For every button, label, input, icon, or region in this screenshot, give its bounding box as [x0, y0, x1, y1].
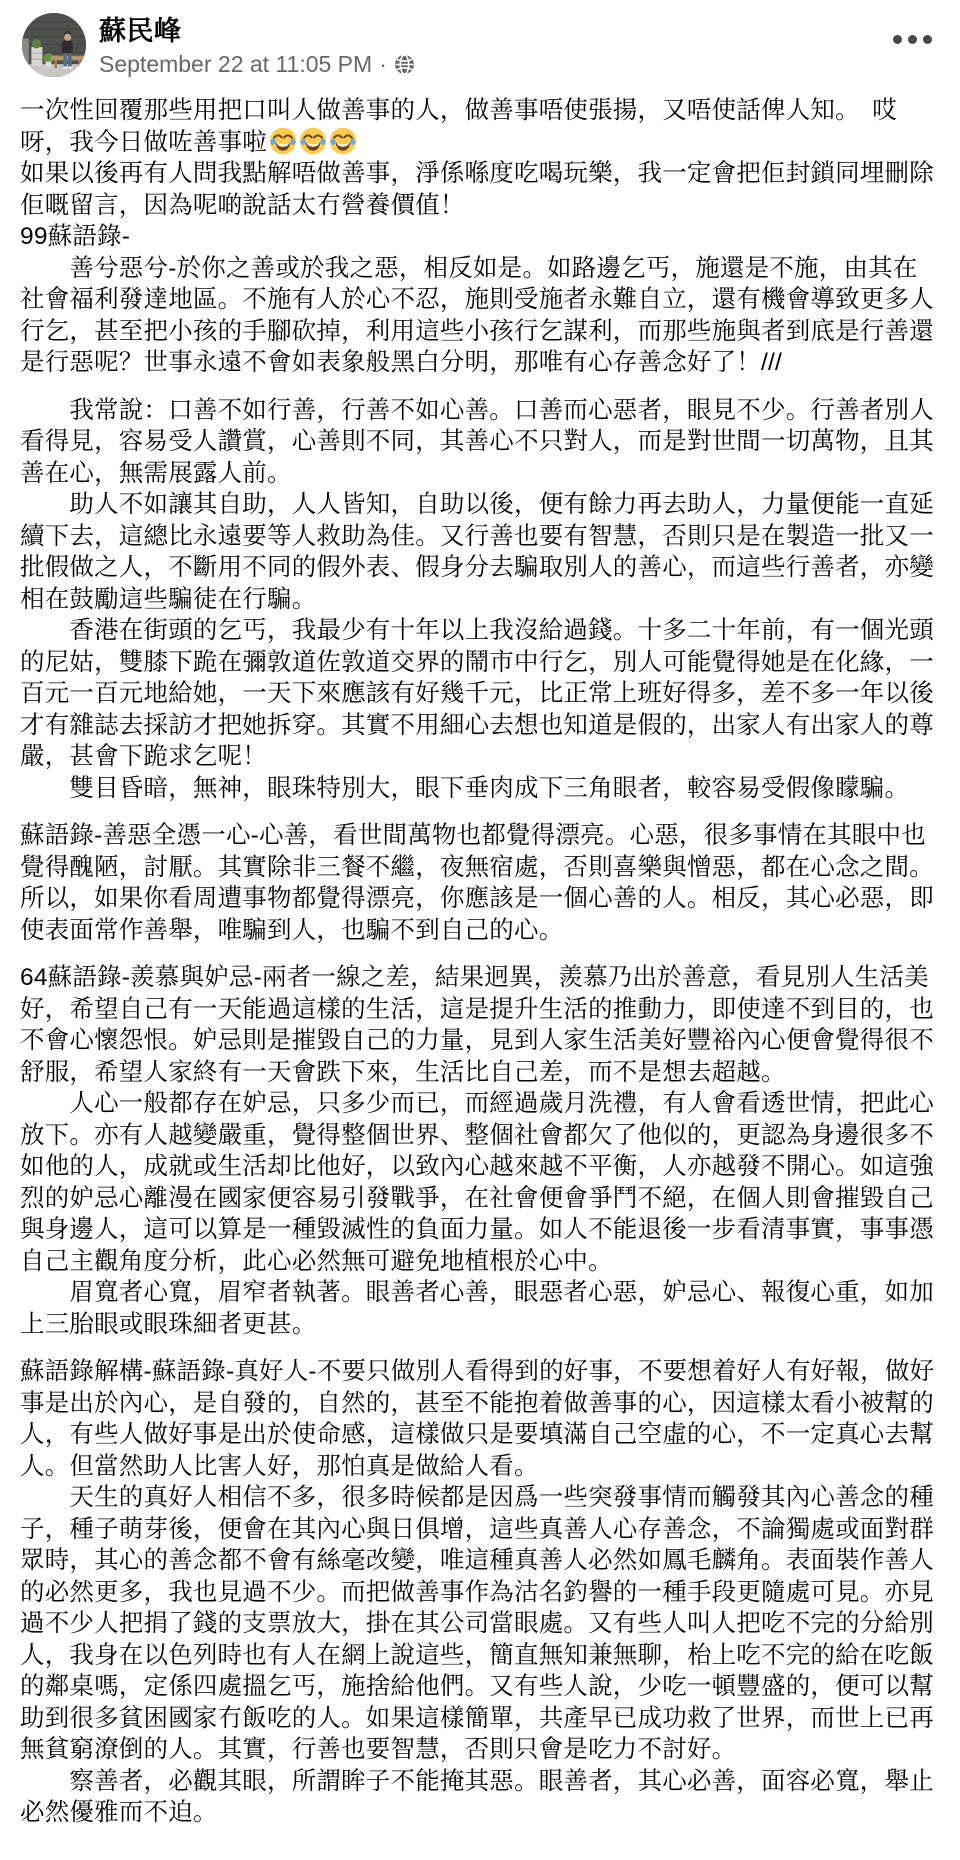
post-meta: September 22 at 11:05 PM ·	[99, 49, 415, 79]
post-timestamp[interactable]: September 22 at 11:05 PM	[99, 49, 372, 79]
post-paragraph: 香港在街頭的乞丐，我最少有十年以上我沒給過錢。十多二十年前，有一個光頭的尼姑，雙…	[20, 615, 938, 773]
post-menu-button[interactable]	[889, 31, 936, 48]
post-header: 蘇民峰 September 22 at 11:05 PM ·	[0, 0, 960, 85]
author-name[interactable]: 蘇民峰	[99, 14, 415, 49]
post-paragraph: 天生的真好人相信不多，很多時候都是因爲一些突發事情而觸發其內心善念的種子，種子萌…	[20, 1482, 938, 1766]
ellipsis-icon	[893, 35, 932, 44]
post-body: 一次性回覆那些用把口叫人做善事的人，做善事唔使張揚，又唔使話俾人知。 哎呀，我今…	[0, 85, 960, 1829]
joy-emoji-icon	[269, 127, 297, 155]
post-paragraph: 察善者，必觀其眼，所謂眸子不能掩其惡。眼善者，其心必善，面容必寬，舉止必然優雅而…	[20, 1766, 938, 1829]
avatar[interactable]	[22, 13, 86, 77]
post-paragraph: 善兮惡兮-於你之善或於我之惡，相反如是。如路邊乞丐，施還是不施，由其在社會福利發…	[20, 253, 938, 379]
joy-emoji-icon	[329, 127, 357, 155]
post-paragraph: 蘇語錄-善惡全憑一心-心善，看世間萬物也都覺得漂亮。心惡，很多事情在其眼中也覺得…	[20, 820, 938, 946]
post-paragraph: 一次性回覆那些用把口叫人做善事的人，做善事唔使張揚，又唔使話俾人知。 哎呀，我今…	[20, 95, 938, 158]
post-paragraph: 助人不如讓其自助，人人皆知，自助以後，便有餘力再去助人，力量便能一直延續下去，這…	[20, 489, 938, 615]
post-paragraph: 雙目昏暗，無神，眼珠特別大，眼下垂肉成下三角眼者，較容易受假像矇騙。	[20, 773, 938, 805]
meta-separator: ·	[379, 49, 387, 79]
post-paragraph: 99蘇語錄-	[20, 221, 938, 253]
paragraph-text: 一次性回覆那些用把口叫人做善事的人，做善事唔使張揚，又唔使話俾人知。 哎呀，我今…	[20, 97, 897, 156]
post-paragraph: 64蘇語錄-羨慕與妒忌-兩者一線之差，結果迥異，羨慕乃出於善意，看見別人生活美好…	[20, 962, 938, 1088]
header-text: 蘇民峰 September 22 at 11:05 PM ·	[99, 13, 415, 79]
avatar-photo-icon	[22, 13, 86, 77]
post-paragraph: 我常說：口善不如行善，行善不如心善。口善而心惡者，眼見不少。行善者別人看得見，容…	[20, 395, 938, 490]
post-paragraph: 如果以後再有人問我點解唔做善事，淨係喺度吃喝玩樂，我一定會把佢封鎖同埋刪除佢嘅留…	[20, 158, 938, 221]
globe-privacy-icon	[394, 54, 415, 75]
joy-emoji-icon	[299, 127, 327, 155]
post-paragraph: 眉寬者心寬，眉窄者執著。眼善者心善，眼惡者心惡，妒忌心、報復心重，如加上三胎眼或…	[20, 1277, 938, 1340]
post-paragraph: 蘇語錄解構-蘇語錄-真好人-不要只做別人看得到的好事，不要想着好人有好報，做好事…	[20, 1356, 938, 1482]
joy-emoji-row	[267, 129, 357, 156]
post-paragraph: 人心一般都存在妒忌，只多少而已，而經過歲月洗禮，有人會看透世情，把此心放下。亦有…	[20, 1088, 938, 1277]
